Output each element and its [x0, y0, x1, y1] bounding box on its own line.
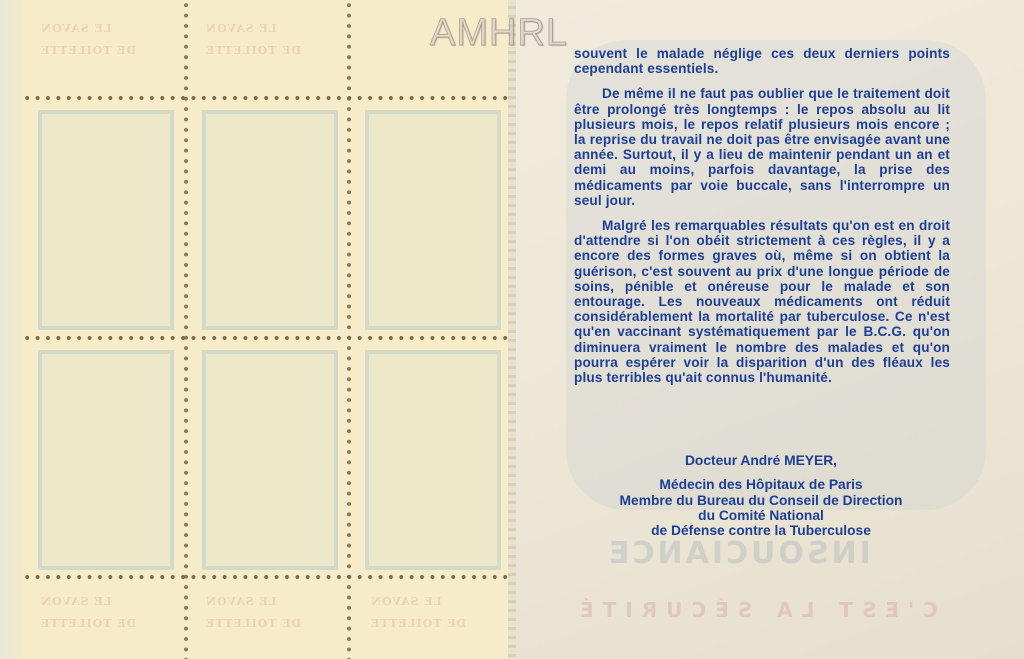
- show-through-text: INSOUCIANCE: [606, 536, 871, 571]
- selvage-text: LE SAVON: [40, 22, 112, 35]
- selvage-text: LE SAVON: [205, 595, 277, 608]
- stamp: [38, 350, 174, 570]
- author-title: Médecin des Hôpitaux de Paris: [556, 477, 966, 492]
- perforation-line: [22, 95, 510, 101]
- stamp: [202, 110, 338, 330]
- selvage-text: DE TOILETTE: [205, 617, 301, 630]
- selvage-text: LE SAVON: [205, 22, 277, 35]
- text-page: INSOUCIANCE C'EST LA SÉCURITÉ souvent le…: [516, 0, 1024, 659]
- selvage-text: DE TOILETTE: [40, 617, 136, 630]
- author-title: de Défense contre la Tuberculose: [556, 523, 966, 538]
- stamp-pane: LE SAVON DE TOILETTE LE SAVON DE TOILETT…: [0, 0, 516, 659]
- selvage-text: DE TOILETTE: [40, 44, 136, 57]
- stamp: [38, 110, 174, 330]
- perforation-line: [22, 574, 510, 580]
- perforation-line: [22, 335, 510, 341]
- pane-binding-edge: [0, 0, 22, 659]
- show-through-text: C'EST LA SÉCURITÉ: [571, 598, 938, 622]
- selvage-text: DE TOILETTE: [205, 44, 301, 57]
- article-body: souvent le malade néglige ces deux derni…: [574, 46, 950, 395]
- selvage-text: DE TOILETTE: [370, 617, 466, 630]
- stamp: [202, 350, 338, 570]
- paragraph: Malgré les remarquables résultats qu'on …: [574, 218, 950, 385]
- author-title: du Comité National: [556, 508, 966, 523]
- paragraph: souvent le malade néglige ces deux derni…: [574, 46, 950, 76]
- paragraph: De même il ne faut pas oublier que le tr…: [574, 86, 950, 208]
- signature-block: Docteur André MEYER, Médecin des Hôpitau…: [556, 453, 966, 538]
- selvage-text: LE SAVON: [370, 595, 442, 608]
- stamp: [365, 110, 501, 330]
- stamp: [365, 350, 501, 570]
- author-name: Docteur André MEYER,: [556, 453, 966, 468]
- selvage-text: LE SAVON: [40, 595, 112, 608]
- author-title: Membre du Bureau du Conseil de Direction: [556, 493, 966, 508]
- watermark: AMHRL: [430, 12, 568, 55]
